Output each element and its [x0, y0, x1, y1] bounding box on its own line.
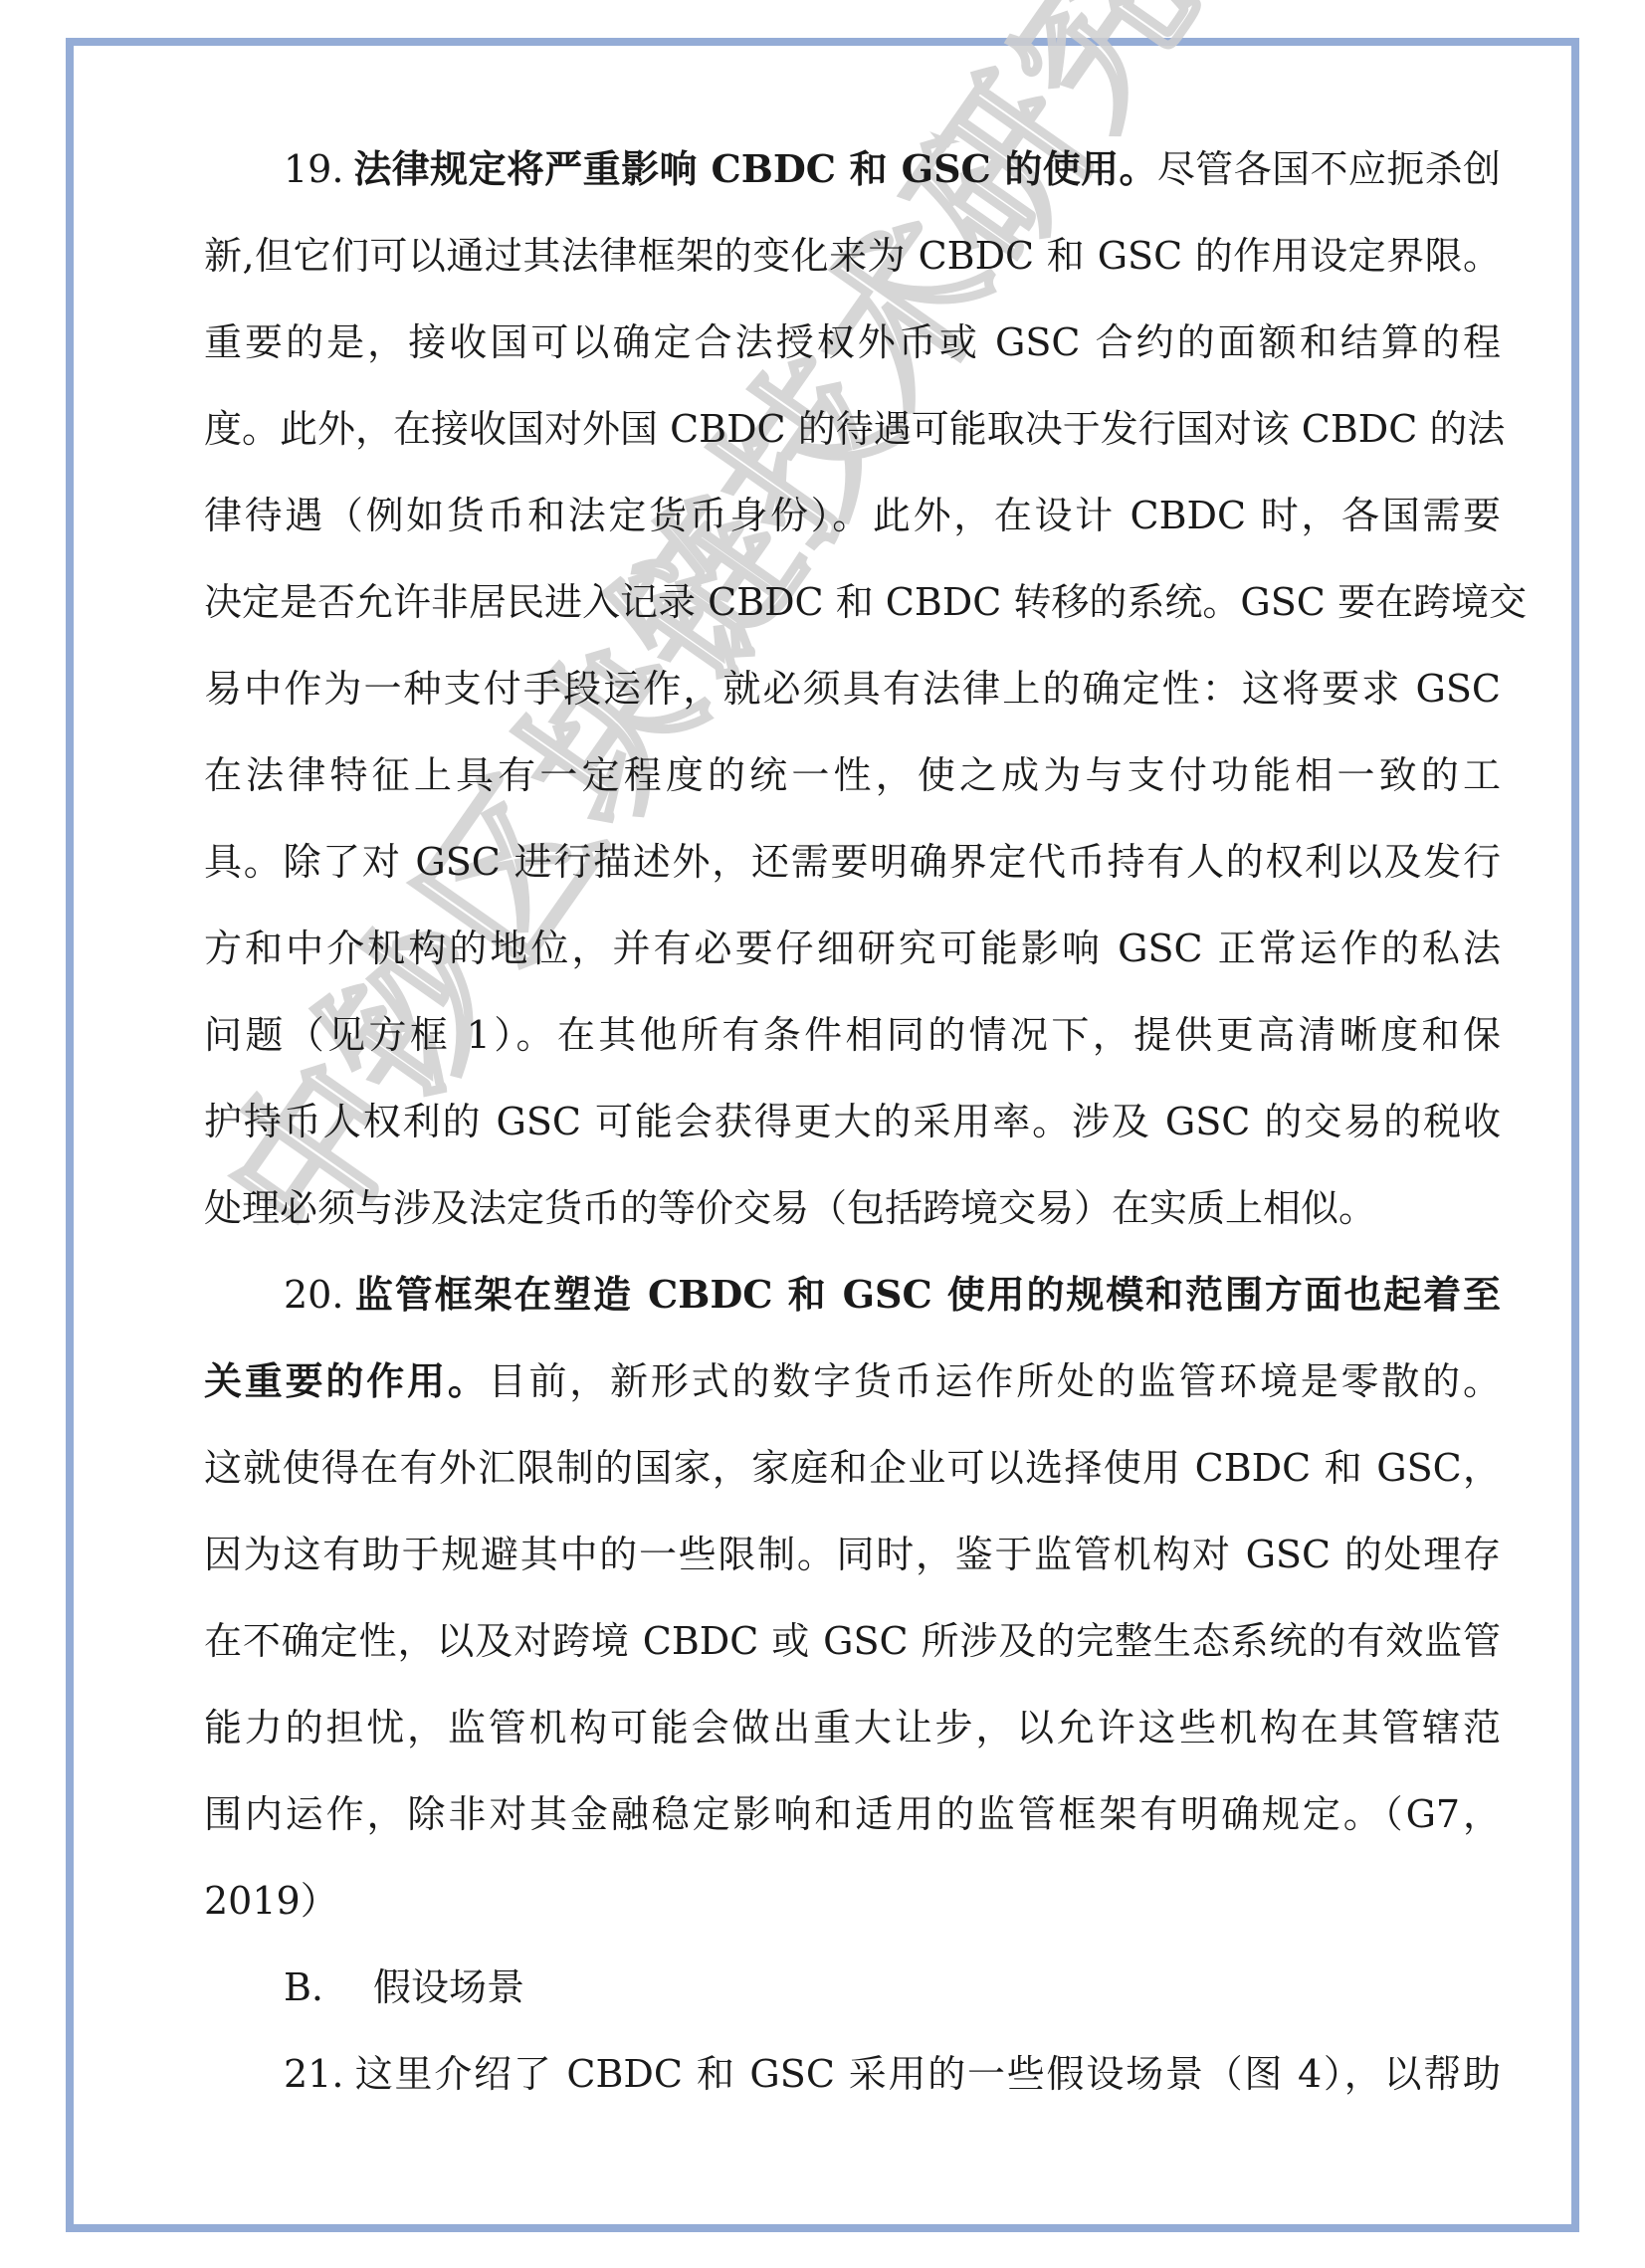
paragraph-20-line-7: 围内运作，除非对其金融稳定影响和适用的监管框架有明确规定。（G7， — [204, 1789, 1501, 1839]
paragraph-19-line-8: 在法律特征上具有一定程度的统一性，使之成为与支付功能相一致的工 — [204, 750, 1501, 800]
paragraph-19-line-3: 重要的是，接收国可以确定合法授权外币或 GSC 合约的面额和结算的程 — [204, 317, 1501, 367]
paragraph-21-line-1: 21.这里介绍了 CBDC 和 GSC 采用的一些假设场景（图 4），以帮助 — [284, 2049, 1501, 2099]
paragraph-lead: 监管框架在塑造 CBDC 和 GSC 使用的规模和范围方面也起着至 — [353, 1272, 1501, 1317]
text-run: 这里介绍了 CBDC 和 GSC 采用的一些假设场景（图 4），以帮助 — [353, 2052, 1501, 2096]
paragraph-19-line-4: 度。此外，在接收国对外国 CBDC 的待遇可能取决于发行国对该 CBDC 的法 — [204, 404, 1501, 454]
paragraph-20-line-3: 这就使得在有外汇限制的国家，家庭和企业可以选择使用 CBDC 和 GSC， — [204, 1443, 1501, 1493]
section-heading-b: B.假设场景 — [284, 1962, 524, 2012]
paragraph-20-line-6: 能力的担忧，监管机构可能会做出重大让步，以允许这些机构在其管辖范 — [204, 1703, 1501, 1753]
document-body: 19.法律规定将严重影响 CBDC 和 GSC 的使用。尽管各国不应扼杀创 新,… — [0, 0, 1645, 2268]
paragraph-19-line-7: 易中作为一种支付手段运作，就必须具有法律上的确定性：这将要求 GSC — [204, 664, 1501, 714]
paragraph-19-line-10: 方和中介机构的地位，并有必要仔细研究可能影响 GSC 正常运作的私法 — [204, 924, 1501, 973]
paragraph-19-line-1: 19.法律规定将严重影响 CBDC 和 GSC 的使用。尽管各国不应扼杀创 — [284, 144, 1501, 194]
paragraph-number: 19. — [284, 144, 353, 194]
paragraph-19-line-12: 护持币人权利的 GSC 可能会获得更大的采用率。涉及 GSC 的交易的税收 — [204, 1097, 1501, 1146]
paragraph-20-line-4: 因为这有助于规避其中的一些限制。同时，鉴于监管机构对 GSC 的处理存 — [204, 1530, 1501, 1579]
text-run: 尽管各国不应扼杀创 — [1157, 147, 1501, 191]
paragraph-19-line-13: 处理必须与涉及法定货币的等价交易（包括跨境交易）在实质上相似。 — [204, 1183, 1501, 1233]
text-run: 目前，新形式的数字货币运作所处的监管环境是零散的。 — [489, 1359, 1501, 1403]
section-title: 假设场景 — [373, 1965, 524, 2009]
paragraph-number: 20. — [284, 1270, 353, 1320]
paragraph-20-line-5: 在不确定性，以及对跨境 CBDC 或 GSC 所涉及的完整生态系统的有效监管 — [204, 1616, 1501, 1666]
paragraph-lead: 关重要的作用。 — [204, 1358, 489, 1403]
paragraph-lead: 法律规定将严重影响 CBDC 和 GSC 的使用。 — [353, 146, 1157, 191]
paragraph-number: 21. — [284, 2049, 353, 2099]
paragraph-19-line-6: 决定是否允许非居民进入记录 CBDC 和 CBDC 转移的系统。GSC 要在跨境… — [204, 577, 1501, 627]
paragraph-19-line-11: 问题（见方框 1）。在其他所有条件相同的情况下，提供更高清晰度和保 — [204, 1010, 1501, 1060]
paragraph-20-line-2: 关重要的作用。目前，新形式的数字货币运作所处的监管环境是零散的。 — [204, 1356, 1501, 1406]
paragraph-19-line-9: 具。除了对 GSC 进行描述外，还需要明确界定代币持有人的权利以及发行 — [204, 837, 1501, 887]
paragraph-20-line-8: 2019） — [204, 1876, 1501, 1926]
paragraph-19-line-5: 律待遇（例如货币和法定货币身份）。此外，在设计 CBDC 时，各国需要 — [204, 491, 1501, 540]
paragraph-19-line-2: 新,但它们可以通过其法律框架的变化来为 CBDC 和 GSC 的作用设定界限。 — [204, 231, 1501, 281]
section-number: B. — [284, 1962, 373, 2012]
paragraph-20-line-1: 20.监管框架在塑造 CBDC 和 GSC 使用的规模和范围方面也起着至 — [284, 1270, 1501, 1320]
